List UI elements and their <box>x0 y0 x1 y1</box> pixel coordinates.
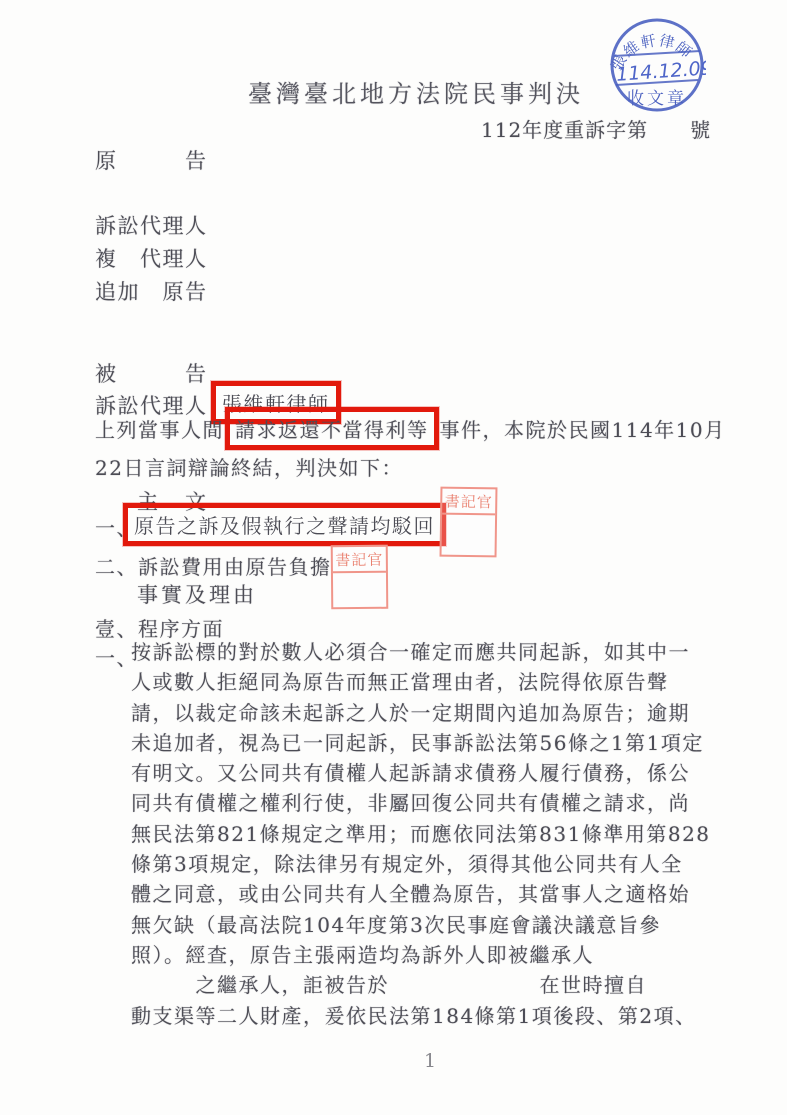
reasons-line: 有明文。又公同共有債權人起訴請求債務人履行債務，係公 <box>131 758 711 788</box>
defendant-label: 被 告 <box>95 358 208 388</box>
highlight-box-ruling: 原告之訴及假執行之聲請均駁回 <box>123 503 446 546</box>
reasons-line: 請，以裁定命該未起訴之人於一定期間內追加為原告；逾期 <box>131 698 711 728</box>
clerk-stamp-upper: 書記官 <box>440 487 498 558</box>
clerk-stamp-upper-blank <box>442 515 496 556</box>
reasons-line: 之繼承人，詎被告於 在世時擅自 <box>131 970 711 1000</box>
reasons-line: 未追加者，視為已一同起訴，民事訴訟法第56條之1第1項定 <box>131 728 711 758</box>
intro-pre: 上列當事人間 <box>95 414 224 443</box>
intro-post: 事件，本院於民國114年10月 <box>440 414 726 443</box>
clerk-stamp-upper-label: 書記官 <box>442 489 495 516</box>
receipt-stamp: 張維軒律師 114.12.09 收文章 <box>608 16 706 114</box>
page-title: 臺灣臺北地方法院民事判決 <box>248 74 584 109</box>
reasons-line: 同共有債權之權利行使，非屬回復公同共有債權之請求，尚 <box>131 788 711 818</box>
case-number: 112年度重訴字第 號 <box>481 114 711 143</box>
clerk-stamp-lower-blank <box>333 573 386 607</box>
plaintiff-attorney-label: 訴訟代理人 <box>95 210 208 240</box>
intro-line-1: 上列當事人間 請求返還不當得利等 事件，本院於民國114年10月 <box>95 407 726 450</box>
reasons-line: 人或數人拒絕同為原告而無正當理由者，法院得依原告聲 <box>131 667 711 697</box>
intro-line-2: 22日言詞辯論終結，判決如下： <box>95 452 403 481</box>
plaintiff-label: 原 告 <box>95 145 208 175</box>
added-plaintiff-label: 追加 原告 <box>95 276 208 306</box>
reasons-paragraph: 按訴訟標的對於數人必須合一確定而應共同起訴，如其中一 人或數人拒絕同為原告而無正… <box>131 637 711 1031</box>
clerk-stamp-lower-label: 書記官 <box>333 547 386 573</box>
reasons-line: 動支渠等二人財產，爰依民法第184條第1項後段、第2項、 <box>131 1001 711 1031</box>
main-item2: 二、訴訟費用由原告負擔 <box>95 551 332 580</box>
page-number: 1 <box>424 1050 436 1072</box>
reasons-line: 無民法第821條規定之準用；而應依同法第831條準用第828 <box>131 819 711 849</box>
clerk-stamp-lower: 書記官 <box>331 545 389 609</box>
scanned-judgment-page: 張維軒律師 114.12.09 收文章 臺灣臺北地方法院民事判決 112年度重訴… <box>0 0 787 1115</box>
reasons-line: 按訴訟標的對於數人必須合一確定而應共同起訴，如其中一 <box>131 637 711 667</box>
facts-heading: 事實及理由 <box>137 579 257 609</box>
highlight-box-case-type: 請求返還不當得利等 <box>225 407 439 450</box>
plaintiff-sub-attorney-label: 複 代理人 <box>95 243 208 273</box>
reasons-line: 照）。經查，原告主張兩造均為訴外人即被繼承人 <box>131 940 711 970</box>
receipt-stamp-type: 收文章 <box>627 88 687 109</box>
reasons-line: 體之同意，或由公同共有人全體為原告，其當事人之適格始 <box>131 879 711 909</box>
reasons-line: 無欠缺（最高法院104年度第3次民事庭會議決議意旨參 <box>131 910 711 940</box>
reasons-line: 條第3項規定，除法律另有規定外，須得其他公同共有人全 <box>131 849 711 879</box>
